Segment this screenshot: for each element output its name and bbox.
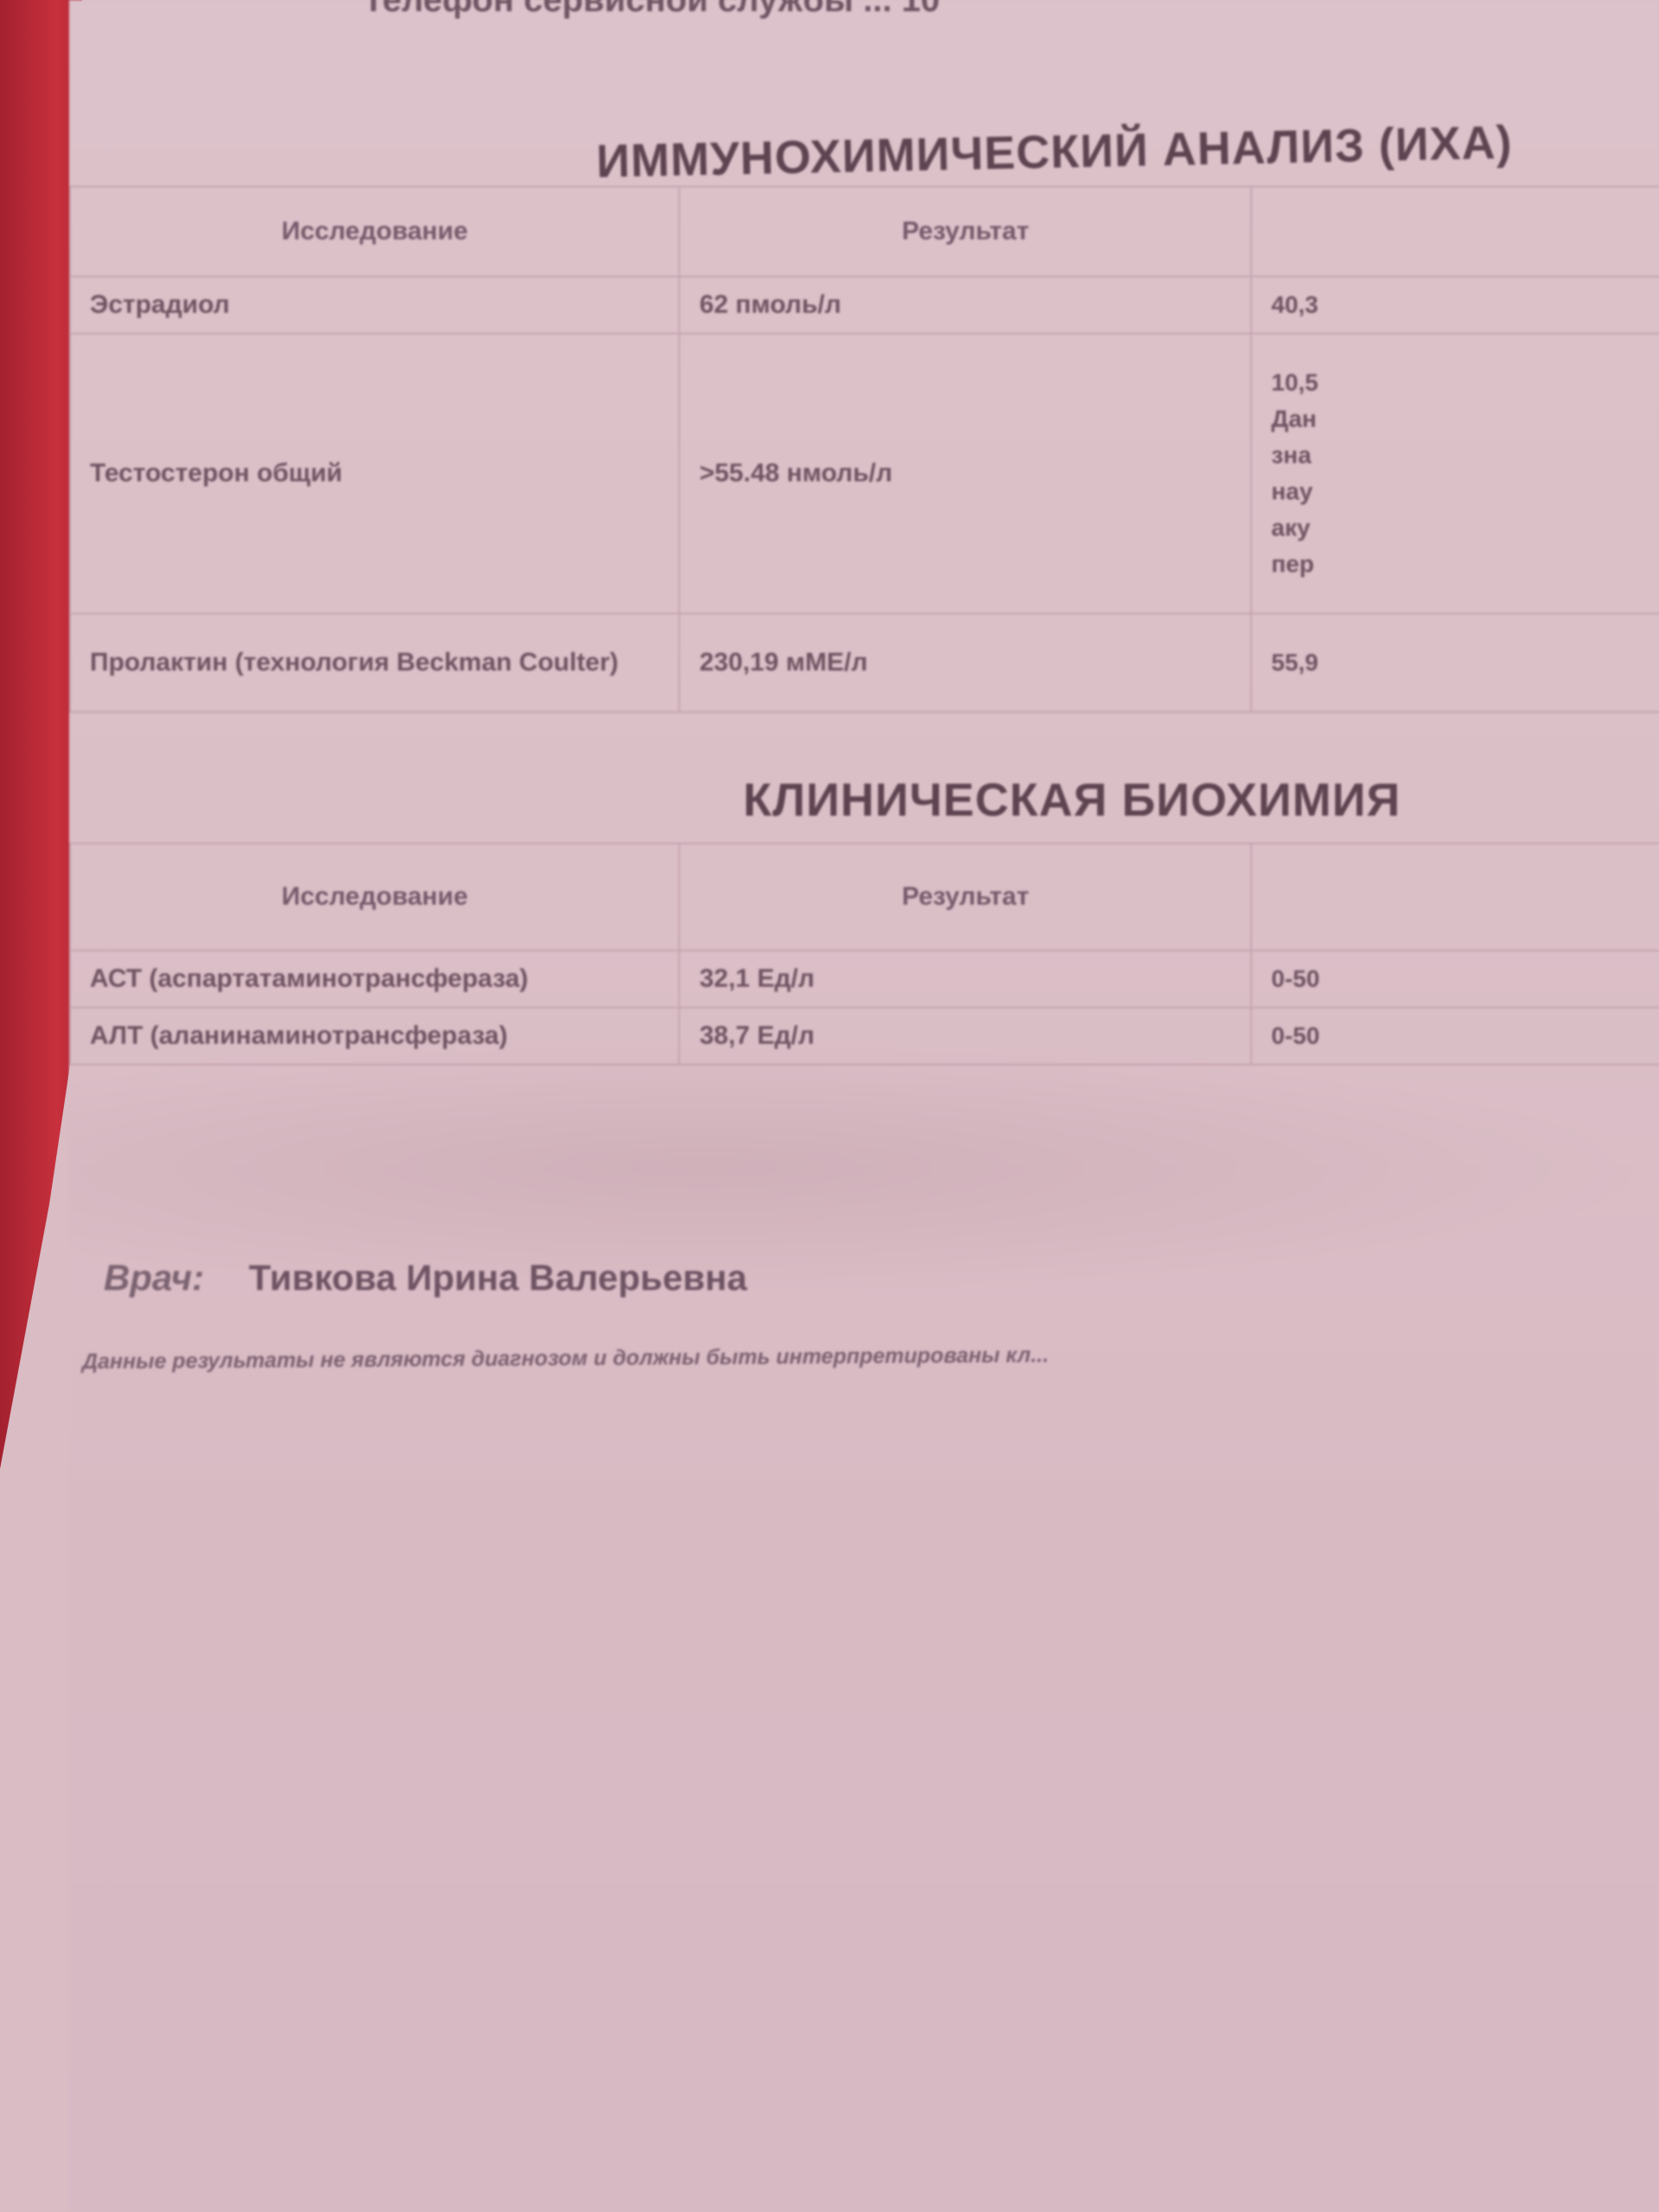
- section-title-biochemistry: КЛИНИЧЕСКАЯ БИОХИМИЯ: [743, 773, 1401, 827]
- table-row: Эстрадиол 62 пмоль/л 40,3: [70, 276, 1659, 334]
- test-result: 62 пмоль/л: [679, 276, 1251, 334]
- test-result: >55.48 нмоль/л: [679, 334, 1251, 613]
- disclaimer-text: Данные результаты не являются диагнозом …: [82, 1343, 1049, 1375]
- column-header-test: Исследование: [70, 843, 679, 950]
- column-header-result: Результат: [679, 843, 1251, 950]
- test-reference: 55,9: [1251, 613, 1659, 712]
- table-row: Тестостерон общий >55.48 нмоль/л 10,5 Да…: [70, 334, 1659, 613]
- doctor-name: Тивкова Ирина Валерьевна: [249, 1257, 747, 1298]
- test-result: 32,1 Ед/л: [679, 950, 1251, 1007]
- test-name: Пролактин (технология Beckman Coulter): [70, 613, 679, 712]
- test-name: Эстрадиол: [70, 276, 679, 334]
- test-reference: 0-50: [1251, 950, 1659, 1007]
- table-header-row: Исследование Результат: [70, 187, 1659, 276]
- header-phone-line: Телефон сервисной службы ... 10: [363, 0, 940, 20]
- column-header-reference: [1251, 187, 1659, 276]
- lab-results-sheet: Телефон сервисной службы ... 10 ИММУНОХИ…: [69, 0, 1659, 2212]
- test-name: АСТ (аспартатаминотрансфераза): [70, 950, 679, 1007]
- test-reference: 10,5 Дан зна нау аку пер: [1251, 334, 1659, 613]
- column-header-result: Результат: [679, 187, 1251, 276]
- table-row: Пролактин (технология Beckman Coulter) 2…: [70, 613, 1659, 712]
- test-reference: 40,3: [1251, 276, 1659, 334]
- table-row: АСТ (аспартатаминотрансфераза) 32,1 Ед/л…: [70, 950, 1659, 1007]
- section-title-immunochemistry: ИММУНОХИМИЧЕСКИЙ АНАЛИЗ (ИХА): [595, 116, 1513, 188]
- immunochemistry-table: Исследование Результат Эстрадиол 62 пмол…: [69, 186, 1659, 713]
- biochemistry-table: Исследование Результат АСТ (аспартатамин…: [69, 842, 1659, 1065]
- doctor-label: Врач:: [104, 1257, 204, 1298]
- column-header-test: Исследование: [70, 187, 679, 276]
- column-header-reference: [1251, 843, 1659, 950]
- table-header-row: Исследование Результат: [70, 843, 1659, 950]
- test-name: Тестостерон общий: [70, 334, 679, 613]
- test-result: 230,19 мМЕ/л: [679, 613, 1251, 712]
- doctor-signature-line: Врач: Тивкова Ирина Валерьевна: [104, 1257, 747, 1299]
